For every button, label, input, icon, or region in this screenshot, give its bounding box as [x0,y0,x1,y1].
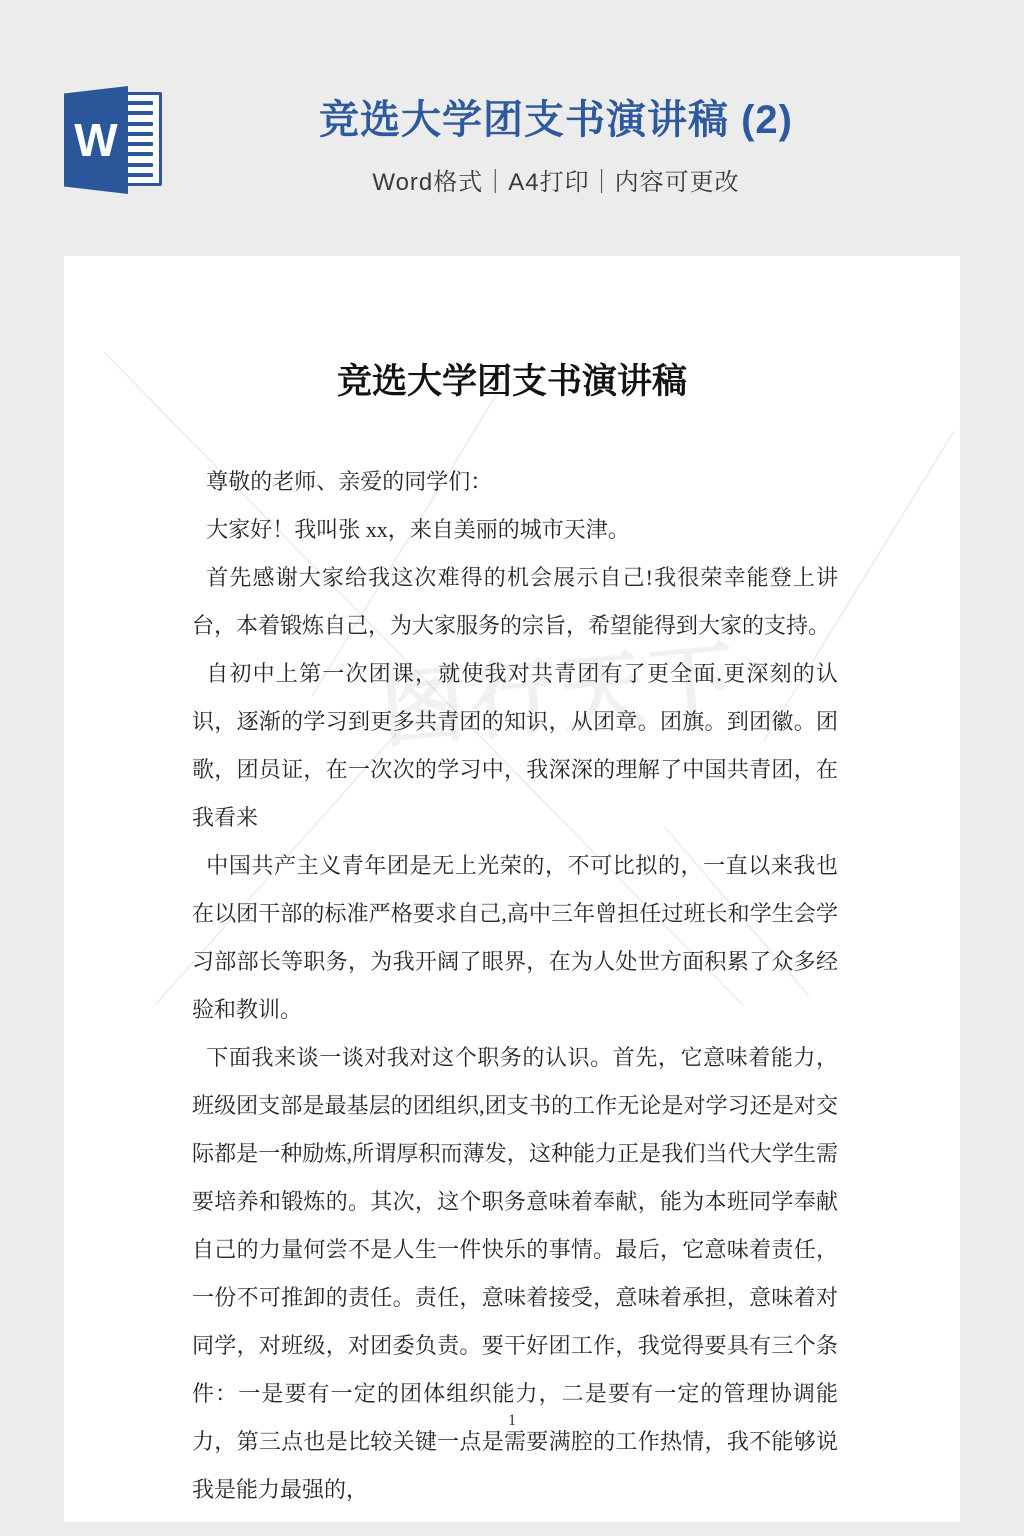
page-number: 1 [64,1412,960,1430]
word-file-icon: W [64,86,164,194]
header-text-block: 竞选大学团支书演讲稿 (2) Word格式｜A4打印｜内容可更改 [319,98,793,197]
document-paragraph: 自初中上第一次团课，就使我对共青团有了更全面.更深刻的认识，逐渐的学习到更多共青… [192,650,838,842]
document-body: 尊敬的老师、亲爱的同学们：大家好！我叫张 xx，来自美丽的城市天津。首先感谢大家… [192,458,838,1514]
document-paragraph: 大家好！我叫张 xx，来自美丽的城市天津。 [192,506,838,554]
document-paragraph: 中国共产主义青年团是无上光荣的，不可比拟的，一直以来我也在以团干部的标准严格要求… [192,842,838,1034]
document-page: 图行天下 竞选大学团支书演讲稿 尊敬的老师、亲爱的同学们：大家好！我叫张 xx，… [64,256,960,1522]
page-title: 竞选大学团支书演讲稿 (2) [319,98,793,142]
document-paragraph: 首先感谢大家给我这次难得的机会展示自己!我很荣幸能登上讲台，本着锻炼自己，为大家… [192,554,838,650]
screen-background: W 竞选大学团支书演讲稿 (2) Word格式｜A4打印｜内容可更改 图行天下 … [0,0,1024,1536]
word-logo-letter: W [74,117,117,163]
word-logo-plate-icon: W [64,86,128,194]
document-title: 竞选大学团支书演讲稿 [64,256,960,402]
page-subtitle: Word格式｜A4打印｜内容可更改 [319,162,793,197]
document-paragraph: 尊敬的老师、亲爱的同学们： [192,458,838,506]
document-paragraph: 下面我来谈一谈对我对这个职务的认识。首先，它意味着能力，班级团支部是最基层的团组… [192,1034,838,1514]
header: W 竞选大学团支书演讲稿 (2) Word格式｜A4打印｜内容可更改 [0,0,1024,256]
